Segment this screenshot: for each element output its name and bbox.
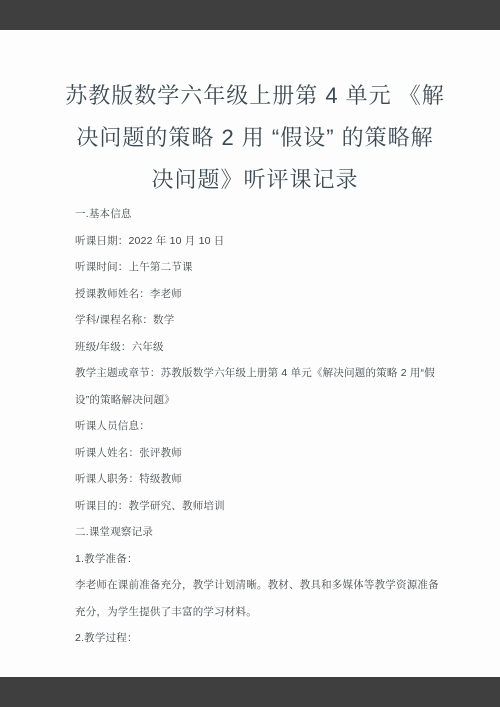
field-instructor-name: 授课教师姓名：李老师	[75, 281, 460, 308]
title-line-2: 决问题的策略 2 用 “假设” 的策略解	[0, 117, 500, 159]
section-heading-classroom-observation: 二.课堂观察记录	[75, 519, 460, 546]
paragraph-teaching-preparation-line2: 充分，为学生提供了丰富的学习材料。	[75, 599, 460, 626]
item-teaching-preparation-label: 1.教学准备：	[75, 546, 460, 573]
bottom-letterbox-bar	[0, 677, 500, 707]
field-teaching-topic-line1: 教学主题或章节：苏教版数学六年级上册第 4 单元《解决问题的策略 2 用“假	[75, 360, 460, 387]
title-line-1: 苏教版数学六年级上册第 4 单元 《解	[0, 75, 500, 117]
section-heading-basic-info: 一.基本信息	[75, 201, 460, 228]
page: 苏教版数学六年级上册第 4 单元 《解 决问题的策略 2 用 “假设” 的策略解…	[0, 0, 500, 707]
field-listening-time: 听课时间：上午第二节课	[75, 254, 460, 281]
document-body: 一.基本信息 听课日期：2022 年 10 月 10 日 听课时间：上午第二节课…	[0, 201, 500, 652]
item-teaching-process-label: 2.教学过程：	[75, 625, 460, 652]
document-page: 苏教版数学六年级上册第 4 单元 《解 决问题的策略 2 用 “假设” 的策略解…	[0, 0, 500, 652]
field-observer-info-label: 听课人员信息：	[75, 413, 460, 440]
document-title: 苏教版数学六年级上册第 4 单元 《解 决问题的策略 2 用 “假设” 的策略解…	[0, 0, 500, 201]
paragraph-teaching-preparation-line1: 李老师在课前准备充分，教学计划清晰。教材、教具和多媒体等教学资源准备	[75, 572, 460, 599]
title-line-3: 决问题》听评课记录	[0, 159, 500, 201]
field-teaching-topic-line2: 设”的策略解决问题》	[75, 387, 460, 414]
field-listening-purpose: 听课目的：教学研究、教师培训	[75, 493, 460, 520]
field-listening-date: 听课日期：2022 年 10 月 10 日	[75, 228, 460, 255]
field-class-grade: 班级/年级：六年级	[75, 334, 460, 361]
field-subject-course-name: 学科/课程名称：数学	[75, 307, 460, 334]
field-observer-title: 听课人职务：特级教师	[75, 466, 460, 493]
field-observer-name: 听课人姓名：张评教师	[75, 440, 460, 467]
